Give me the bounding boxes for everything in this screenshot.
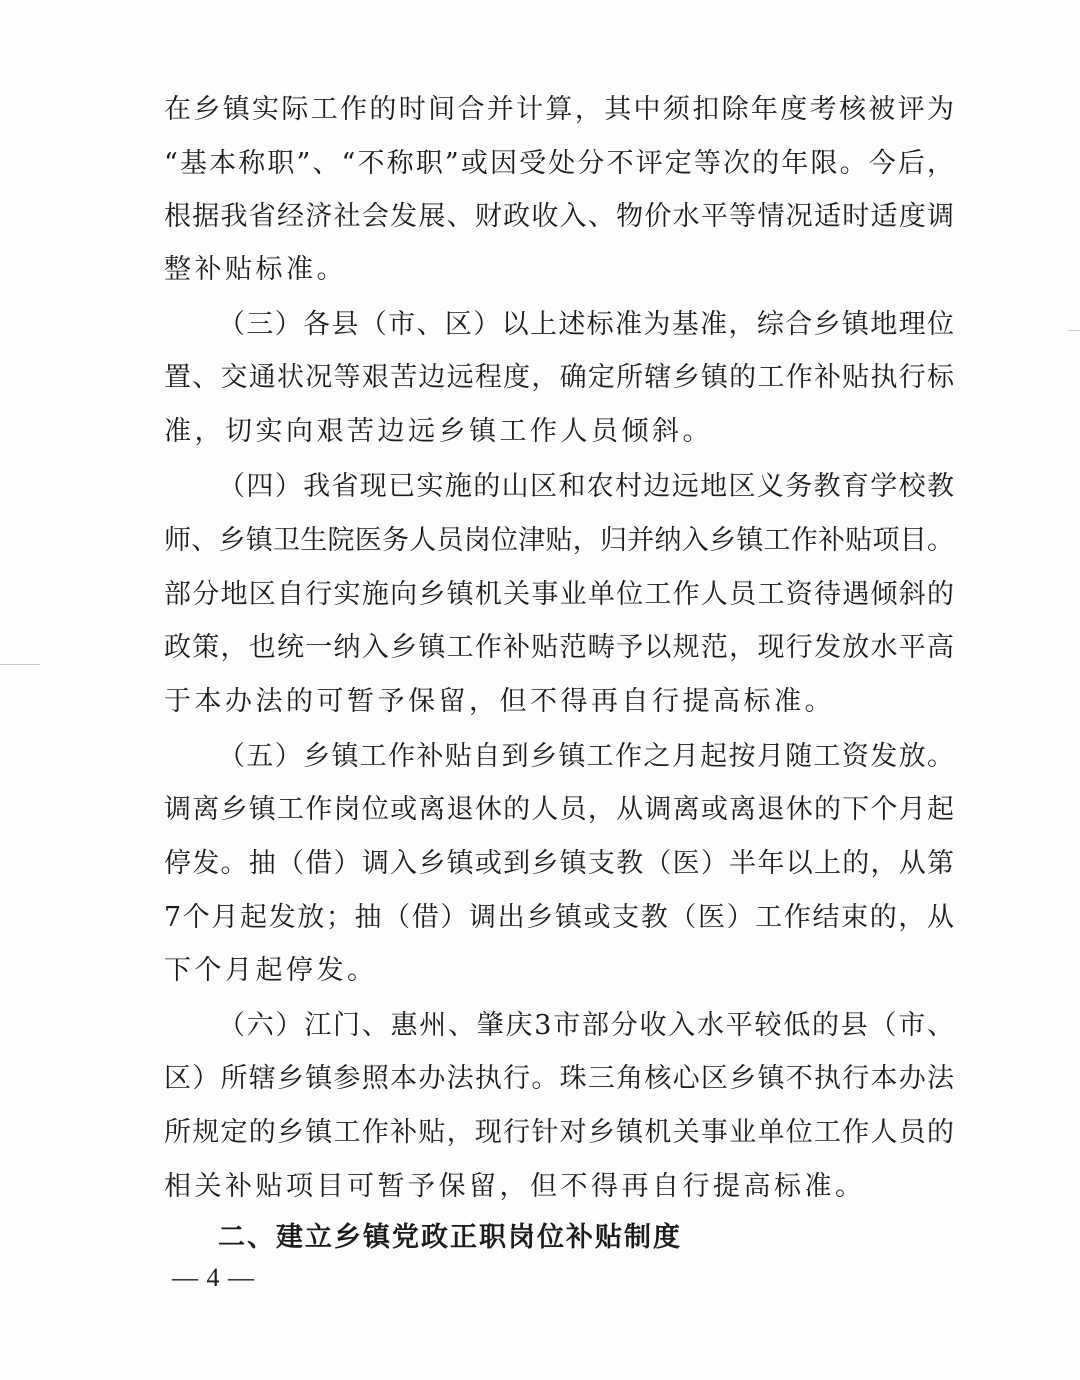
text-line: 政策，也统一纳入乡镇工作补贴范畴予以规范，现行发放水平高 <box>164 628 954 668</box>
text-line: 根据我省经济社会发展、财政收入、物价水平等情况适时适度调 <box>164 197 954 237</box>
scan-edge-mark <box>1068 330 1080 331</box>
text-line: 置、交通状况等艰苦边远程度，确定所辖乡镇的工作补贴执行标 <box>164 358 954 398</box>
text-line: 调离乡镇工作岗位或离退休的人员，从调离或离退休的下个月起 <box>164 790 954 830</box>
text-line: 准，切实向艰苦边远乡镇工作人员倾斜。 <box>164 412 954 452</box>
text-line: 区）所辖乡镇参照本办法执行。珠三角核心区乡镇不执行本办法 <box>164 1059 954 1099</box>
paragraph-item-5-first-line: （五）乡镇工作补贴自到乡镇工作之月起按月随工资发放。 <box>218 737 954 777</box>
text-line: 师、乡镇卫生院医务人员岗位津贴，归并纳入乡镇工作补贴项目。 <box>164 521 954 561</box>
text-line: 停发。抽（借）调入乡镇或到乡镇支教（医）半年以上的，从第 <box>164 844 954 884</box>
text-line: 部分地区自行实施向乡镇机关事业单位工作人员工资待遇倾斜的 <box>164 575 954 615</box>
text-line: 7个月起发放；抽（借）调出乡镇或支教（医）工作结束的，从 <box>164 898 954 938</box>
document-page: 在乡镇实际工作的时间合并计算，其中须扣除年度考核被评为 “基本称职”、“不称职”… <box>0 0 1080 1380</box>
paragraph-item-6-first-line: （六）江门、惠州、肇庆3市部分收入水平较低的县（市、 <box>218 1006 954 1046</box>
page-number: — 4 — <box>172 1258 255 1298</box>
scan-edge-mark <box>0 664 40 665</box>
text-line: 于本办法的可暂予保留，但不得再自行提高标准。 <box>164 682 954 722</box>
text-line: 所规定的乡镇工作补贴，现行针对乡镇机关事业单位工作人员的 <box>164 1113 954 1153</box>
text-line: 在乡镇实际工作的时间合并计算，其中须扣除年度考核被评为 <box>164 90 954 130</box>
paragraph-item-4-first-line: （四）我省现已实施的山区和农村边远地区义务教育学校教 <box>218 467 954 507</box>
text-line: 相关补贴项目可暂予保留，但不得再自行提高标准。 <box>164 1167 954 1207</box>
text-line: “基本称职”、“不称职”或因受处分不评定等次的年限。今后， <box>164 144 954 184</box>
paragraph-item-3-first-line: （三）各县（市、区）以上述标准为基准，综合乡镇地理位 <box>218 305 954 345</box>
text-line: 整补贴标准。 <box>164 250 954 290</box>
section-heading: 二、建立乡镇党政正职岗位补贴制度 <box>218 1218 682 1258</box>
text-line: 下个月起停发。 <box>164 951 954 991</box>
